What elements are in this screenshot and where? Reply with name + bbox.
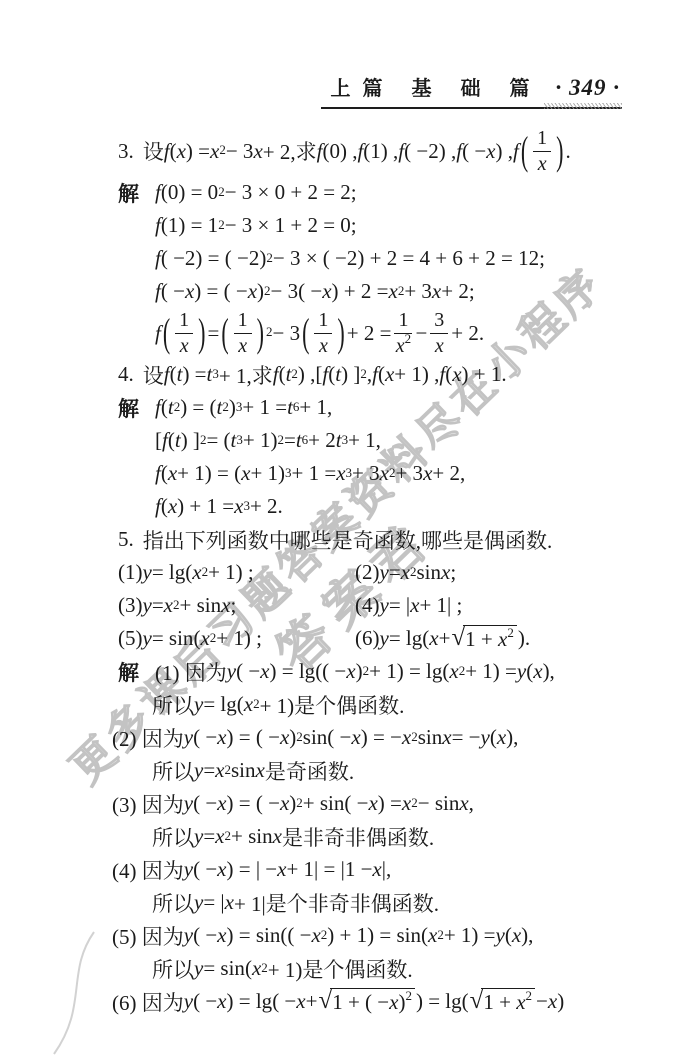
content-line: 3.设 f(x) = x2 − 3x + 2,求 f(0) , f(1) , f… xyxy=(88,126,654,176)
content-line: [f(t) ]2 = (t3 + 1)2 = t6 + 2t3 + 1, xyxy=(88,424,654,457)
header-hatch-decoration xyxy=(544,103,622,109)
content-line: f(x) + 1 = x3 + 2. xyxy=(88,490,654,523)
line-label: 解 xyxy=(118,178,140,208)
line-label: 解 xyxy=(118,393,140,423)
content-line: f( −2) = ( −2)2 − 3 × ( −2) + 2 = 4 + 6 … xyxy=(88,242,654,275)
content-line: f(1x) = (1x)2 − 3(1x) + 2 = 1x2 − 3x + 2… xyxy=(88,308,654,358)
content-line: 解f(0) = 02 − 3 × 0 + 2 = 2; xyxy=(88,176,654,209)
content-line: f( −x) = ( −x)2 − 3( −x) + 2 = x2 + 3x +… xyxy=(88,275,654,308)
content-line: 4.设 f(t) = t3 + 1,求 f(t2) ,[f(t) ]2,f(x … xyxy=(88,358,654,391)
content-line: (3) 因为 y( −x) = ( −x)2 + sin( −x) = x2 −… xyxy=(88,787,654,820)
textbook-page: 上篇 基 础 篇 · 349 · 更多课后习题答案资料尽在小程序 答案君 3.设… xyxy=(0,0,699,1061)
page-number: · 349 · xyxy=(556,75,621,101)
content-line: 5.指出下列函数中哪些是奇函数,哪些是偶函数. xyxy=(88,523,654,556)
content-line: (3) y = x2 + sin x ;(4) y = |x + 1| ; xyxy=(88,589,654,622)
content-line: (5) y = sin(x2 + 1) ;(6) y = lg(x + √1 +… xyxy=(88,622,654,655)
content-line: (6) 因为 y( −x) = lg( −x + √1 + ( −x)2) = … xyxy=(88,985,654,1018)
line-label: 3. xyxy=(118,139,134,164)
content-line: 所以 y = x2sinx 是奇函数. xyxy=(88,754,654,787)
line-label: 4. xyxy=(118,362,134,387)
content-line: 所以 y = |x + 1|是个非奇非偶函数. xyxy=(88,886,654,919)
content-line: f(1) = 12 − 3 × 1 + 2 = 0; xyxy=(88,209,654,242)
line-label: 解 xyxy=(118,657,140,687)
content-line: 所以 y = lg(x2 + 1)是个偶函数. xyxy=(88,688,654,721)
content-line: 解(1) 因为 y( −x) = lg(( −x)2 + 1) = lg(x2 … xyxy=(88,655,654,688)
content-line: (4) 因为 y( −x) = | −x + 1| = |1 − x|, xyxy=(88,853,654,886)
content-line: 所以 y = x2 + sinx 是非奇非偶函数. xyxy=(88,820,654,853)
section-title: 上篇 基 础 篇 xyxy=(331,72,542,101)
content-line: f(x + 1) = (x + 1)3 + 1 = x3 + 3x2 + 3x … xyxy=(88,457,654,490)
solutions-content: 3.设 f(x) = x2 − 3x + 2,求 f(0) , f(1) , f… xyxy=(88,126,654,1018)
content-line: (5) 因为 y( −x) = sin(( −x2) + 1) = sin(x2… xyxy=(88,919,654,952)
line-label: 5. xyxy=(118,527,134,552)
content-line: 解f(t2) = (t2)3 + 1 = t6 + 1, xyxy=(88,391,654,424)
content-line: (2) 因为 y( −x) = ( −x)2sin( −x) = −x2sinx… xyxy=(88,721,654,754)
content-line: (1) y = lg(x2 + 1) ;(2) y = x2 sin x ; xyxy=(88,556,654,589)
content-line: 所以 y = sin(x2 + 1)是个偶函数. xyxy=(88,952,654,985)
